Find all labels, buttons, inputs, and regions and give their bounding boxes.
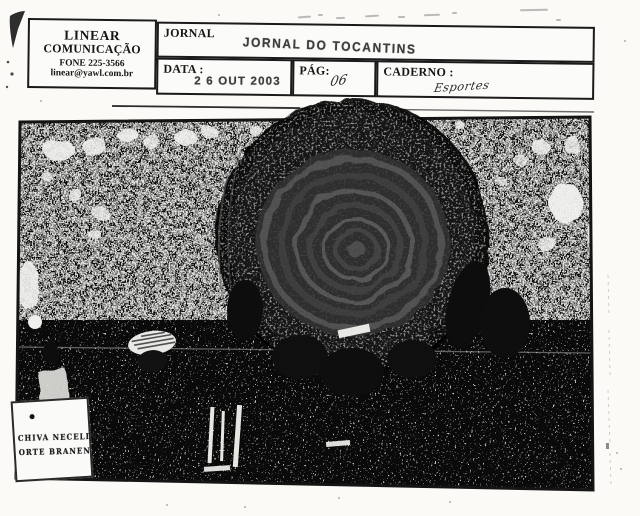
- speck: [620, 468, 622, 470]
- speck: [624, 40, 626, 42]
- pencil-dash: [318, 14, 323, 16]
- speck: [40, 100, 42, 102]
- pencil-dash: [520, 9, 548, 11]
- agency-phone: FONE 225-3566: [59, 58, 124, 69]
- speck: [218, 14, 220, 16]
- field-jornal: JORNAL JORNAL DO TOCANTINS: [157, 22, 595, 63]
- agency-name-line2: COMUNICAÇÃO: [43, 42, 141, 57]
- margin-scratches: [608, 275, 611, 485]
- news-photo: [0, 85, 640, 516]
- speck: [166, 504, 168, 506]
- agency-email: linear@yawl.com.br: [50, 69, 133, 81]
- scanned-clipping-page: LINEAR COMUNICAÇÃO FONE 225-3566 linear@…: [0, 0, 640, 516]
- pencil-dash: [298, 16, 311, 19]
- jornal-stamp-value: JORNAL DO TOCANTINS: [242, 34, 416, 57]
- caderno-label: CADERNO :: [383, 64, 454, 80]
- pencil-dash: [424, 14, 440, 17]
- caption-dot: [29, 414, 34, 419]
- photo-caption-box: CHIVA NECELINA ORTE BRANEN: [11, 397, 94, 483]
- agency-box: LINEAR COMUNICAÇÃO FONE 225-3566 linear@…: [27, 18, 157, 90]
- speck: [244, 506, 246, 508]
- pag-label: PÁG:: [299, 63, 330, 78]
- pencil-dash: [336, 17, 345, 19]
- speck: [338, 497, 340, 499]
- pencil-dash: [398, 16, 405, 18]
- speck: [616, 452, 618, 454]
- pencil-dash: [556, 19, 561, 21]
- log-growth-rings: [256, 150, 450, 336]
- pencil-dash: [365, 15, 379, 18]
- jornal-label: JORNAL: [164, 26, 215, 42]
- caption-line2: ORTE BRANEN: [19, 445, 91, 457]
- photo-white-circle: [28, 315, 42, 329]
- speck: [449, 501, 451, 503]
- pencil-dash: [452, 12, 457, 14]
